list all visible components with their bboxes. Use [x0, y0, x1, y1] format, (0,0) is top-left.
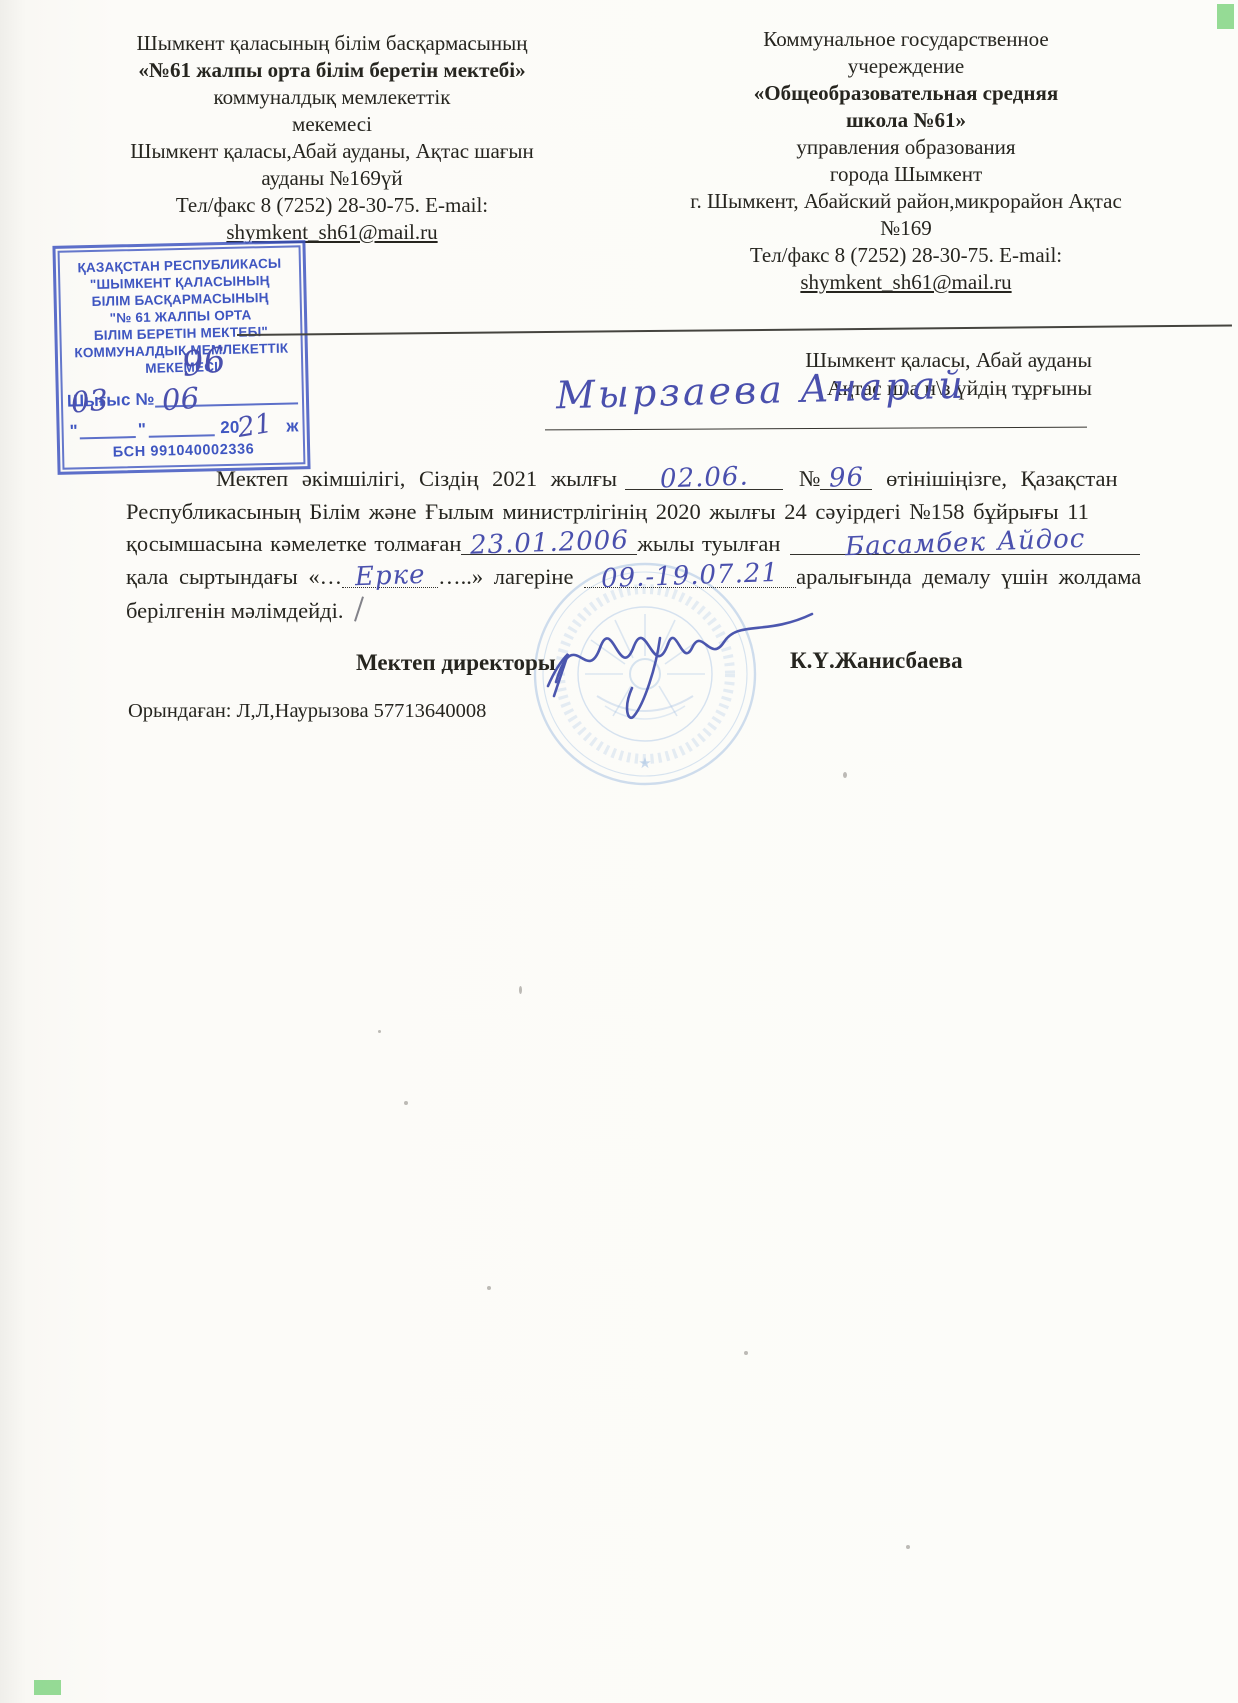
scanner-artifact [1217, 4, 1234, 29]
month-blank: 06 [148, 414, 215, 437]
body-text: қала сыртындағы «… [126, 564, 342, 589]
school-name-ru: «Общеобразовательная средняя [620, 80, 1192, 107]
day-blank: 03 [80, 416, 136, 439]
letterhead-russian: Коммунальное государственное учереждение… [620, 26, 1192, 296]
handwritten-child-name: Басамбек Айдос [845, 529, 1086, 557]
director-name: К.Ү.Жанисбаева [790, 648, 963, 674]
quote-mark: " [67, 422, 80, 439]
handwritten-year: 21 [236, 415, 273, 438]
request-number-blank: 96 [820, 468, 872, 490]
pen-tick-mark [354, 596, 364, 621]
school-name-kk: «№61 жалпы орта білім беретін мектебі» [98, 57, 566, 84]
seal-star: ★ [638, 756, 651, 772]
scan-speck [519, 986, 522, 994]
body-text: аралығында демалу үшін жолдама [796, 564, 1141, 589]
quote-mark: " [136, 421, 149, 438]
director-signature [540, 586, 830, 726]
letterhead-line: города Шымкент [620, 161, 1192, 188]
scan-speck [378, 1030, 381, 1033]
scan-speck [744, 1351, 748, 1355]
handwritten-birthdate: 23.01.2006 [470, 530, 629, 556]
scan-speck [906, 1545, 910, 1549]
school-name-ru: школа №61» [620, 107, 1192, 134]
handwritten-request-date: 02.06. [659, 466, 748, 489]
letterhead-kazakh: Шымкент қаласының білім басқармасының «№… [98, 30, 566, 246]
executor-line: Орындаған: Л,Л,Наурызова 57713640008 [128, 700, 486, 723]
address-line-kk: ауданы №169үй [98, 165, 566, 192]
number-sign: № [799, 466, 820, 491]
stamp-date-row: " 03 " 06 20 21 ж [67, 412, 298, 439]
body-text: жылы туылған [637, 531, 780, 556]
body-text: Мектеп әкімшілігі, Сіздің 2021 жылғы [216, 466, 617, 491]
child-name-blank: Басамбек Айдос [790, 533, 1140, 555]
camp-name-blank: Ерке [342, 566, 438, 588]
letterhead-line: Коммунальное государственное [620, 26, 1192, 53]
body-text: өтінішіңізге, Қазақстан [886, 466, 1117, 491]
letterhead-line: коммуналдық мемлекеттік [98, 84, 566, 111]
scan-speck [487, 1286, 491, 1290]
body-text: …..» лагеріне [438, 564, 573, 589]
handwritten-request-number: 96 [829, 467, 865, 488]
birthdate-blank: 23.01.2006 [461, 533, 637, 555]
scan-speck [404, 1101, 408, 1105]
email-address: shymkent_sh61@mail.ru [98, 219, 566, 246]
address-line-ru: №169 [620, 215, 1192, 242]
email-address: shymkent_sh61@mail.ru [620, 269, 1192, 296]
addressee-name-underline [545, 427, 1087, 431]
letterhead-line: управления образования [620, 134, 1192, 161]
scan-speck [843, 772, 847, 778]
address-line-kk: Шымкент қаласы,Абай ауданы, Ақтас шағын [98, 138, 566, 165]
stamp-bin-number: БСН 991040002336 [68, 440, 299, 462]
handwritten-outgoing-number: 96 [181, 352, 226, 374]
handwritten-month: 06 [161, 390, 199, 410]
stamp-inner-frame: ҚАЗАҚСТАН РЕСПУБЛИКАСЫ "ШЫМКЕНТ ҚАЛАСЫНЫ… [58, 245, 306, 469]
body-text: қосымшасына кәмелетке толмаған [126, 531, 461, 556]
address-line-ru: г. Шымкент, Абайский район,микрорайон Ақ… [620, 188, 1192, 215]
director-title: Мектеп директоры [356, 650, 556, 676]
divider-line [237, 324, 1232, 336]
body-line-3: қосымшасына кәмелетке толмаған23.01.2006… [126, 531, 1126, 564]
letterhead-line: мекемесі [98, 111, 566, 138]
body-line-1: Мектеп әкімшілігі, Сіздің 2021 жылғы02.0… [126, 466, 1126, 499]
outgoing-registration-stamp: ҚАЗАҚСТАН РЕСПУБЛИКАСЫ "ШЫМКЕНТ ҚАЛАСЫНЫ… [52, 240, 310, 475]
handwritten-day: 03 [71, 391, 110, 411]
handwritten-addressee-name: Мырзаева Анарай [555, 363, 966, 418]
letterhead-line: Шымкент қаласының білім басқармасының [98, 30, 566, 57]
handwritten-camp-name: Ерке [355, 564, 426, 586]
phone-line-kk: Тел/факс 8 (7252) 28-30-75. E-mail: [98, 192, 566, 219]
year-suffix: ж [286, 417, 299, 434]
request-date-blank: 02.06. [625, 468, 783, 490]
date-range-blank: 09.-19.07.21 [584, 566, 796, 588]
body-text: берілгенін мәлімдейді. [126, 598, 344, 623]
handwritten-date-range: 09.-19.07.21 [601, 562, 780, 588]
phone-line-ru: Тел/факс 8 (7252) 28-30-75. E-mail: [620, 242, 1192, 269]
letterhead-line: учереждение [620, 53, 1192, 80]
scanner-artifact [34, 1680, 61, 1695]
scanned-letter-page: Шымкент қаласының білім басқармасының «№… [0, 0, 1238, 1703]
